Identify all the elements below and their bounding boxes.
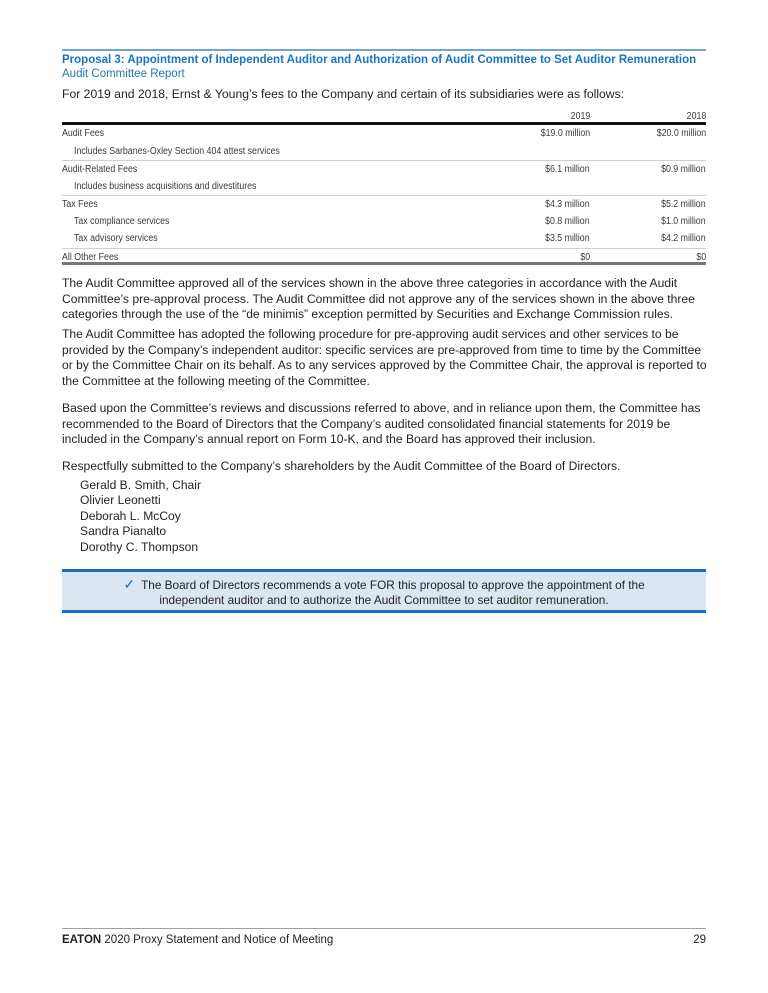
signer: Sandra Pianalto bbox=[80, 524, 201, 539]
value-2018: $4.2 million bbox=[661, 230, 706, 248]
row-label: Tax advisory services bbox=[74, 230, 158, 248]
value-2018: $5.2 million bbox=[661, 196, 706, 214]
signer: Gerald B. Smith, Chair bbox=[80, 478, 201, 493]
recommendation-line-1: The Board of Directors recommends a vote… bbox=[141, 578, 645, 592]
intro-text: For 2019 and 2018, Ernst & Young’s fees … bbox=[62, 87, 624, 101]
signer: Deborah L. McCoy bbox=[80, 509, 201, 524]
table-row: All Other Fees $0 $0 bbox=[62, 248, 706, 266]
board-recommendation-box: ✓The Board of Directors recommends a vot… bbox=[62, 569, 706, 613]
value-2019: $6.1 million bbox=[545, 161, 590, 179]
value-2018: $1.0 million bbox=[661, 213, 706, 231]
header-rule bbox=[62, 49, 706, 51]
section-subtitle: Audit Committee Report bbox=[62, 68, 185, 80]
row-label: Audit-Related Fees bbox=[62, 161, 137, 179]
table-row: Tax advisory services $3.5 million $4.2 … bbox=[62, 230, 706, 248]
recommendation-line-2: independent auditor and to authorize the… bbox=[62, 593, 706, 608]
row-label: Tax compliance services bbox=[74, 213, 169, 231]
brand-name: EATON bbox=[62, 934, 101, 946]
table-row: Includes Sarbanes-Oxley Section 404 atte… bbox=[62, 143, 706, 161]
row-label: All Other Fees bbox=[62, 249, 118, 267]
row-label: Includes Sarbanes-Oxley Section 404 atte… bbox=[74, 143, 280, 161]
value-2019: $0.8 million bbox=[545, 213, 590, 231]
footer-title: EATON 2020 Proxy Statement and Notice of… bbox=[62, 934, 333, 946]
value-2019: $3.5 million bbox=[545, 230, 590, 248]
paragraph-pre-approval: The Audit Committee approved all of the … bbox=[62, 276, 712, 323]
table-row: Includes business acquisitions and dives… bbox=[62, 178, 706, 196]
document-title: 2020 Proxy Statement and Notice of Meeti… bbox=[101, 934, 333, 946]
footer-rule bbox=[62, 928, 706, 929]
value-2018: $0.9 million bbox=[661, 161, 706, 179]
table-header: 2019 2018 bbox=[62, 110, 706, 125]
table-row: Audit Fees $19.0 million $20.0 million bbox=[62, 125, 706, 143]
paragraph-recommendation: Based upon the Committee’s reviews and d… bbox=[62, 401, 712, 448]
paragraph-procedure: The Audit Committee has adopted the foll… bbox=[62, 327, 712, 389]
signers-list: Gerald B. Smith, Chair Olivier Leonetti … bbox=[80, 478, 201, 555]
table-row: Audit-Related Fees $6.1 million $0.9 mil… bbox=[62, 160, 706, 178]
value-2018: $0 bbox=[696, 249, 706, 267]
column-header-2018: 2018 bbox=[686, 110, 706, 123]
value-2019: $19.0 million bbox=[541, 125, 590, 143]
row-label: Includes business acquisitions and dives… bbox=[74, 178, 256, 196]
value-2019: $0 bbox=[580, 249, 590, 267]
table-row: Tax compliance services $0.8 million $1.… bbox=[62, 213, 706, 231]
fee-table: 2019 2018 Audit Fees $19.0 million $20.0… bbox=[62, 110, 706, 265]
signer: Dorothy C. Thompson bbox=[80, 540, 201, 555]
page-number: 29 bbox=[693, 934, 706, 946]
value-2018: $20.0 million bbox=[657, 125, 706, 143]
signer: Olivier Leonetti bbox=[80, 493, 201, 508]
document-page: Proposal 3: Appointment of Independent A… bbox=[62, 0, 706, 993]
table-row: Tax Fees $4.3 million $5.2 million bbox=[62, 195, 706, 213]
proposal-title: Proposal 3: Appointment of Independent A… bbox=[62, 54, 696, 66]
checkmark-icon: ✓ bbox=[123, 576, 135, 592]
column-header-2019: 2019 bbox=[570, 110, 590, 123]
value-2019: $4.3 million bbox=[545, 196, 590, 214]
row-label: Tax Fees bbox=[62, 196, 98, 214]
row-label: Audit Fees bbox=[62, 125, 104, 143]
paragraph-submitted: Respectfully submitted to the Company’s … bbox=[62, 459, 712, 475]
